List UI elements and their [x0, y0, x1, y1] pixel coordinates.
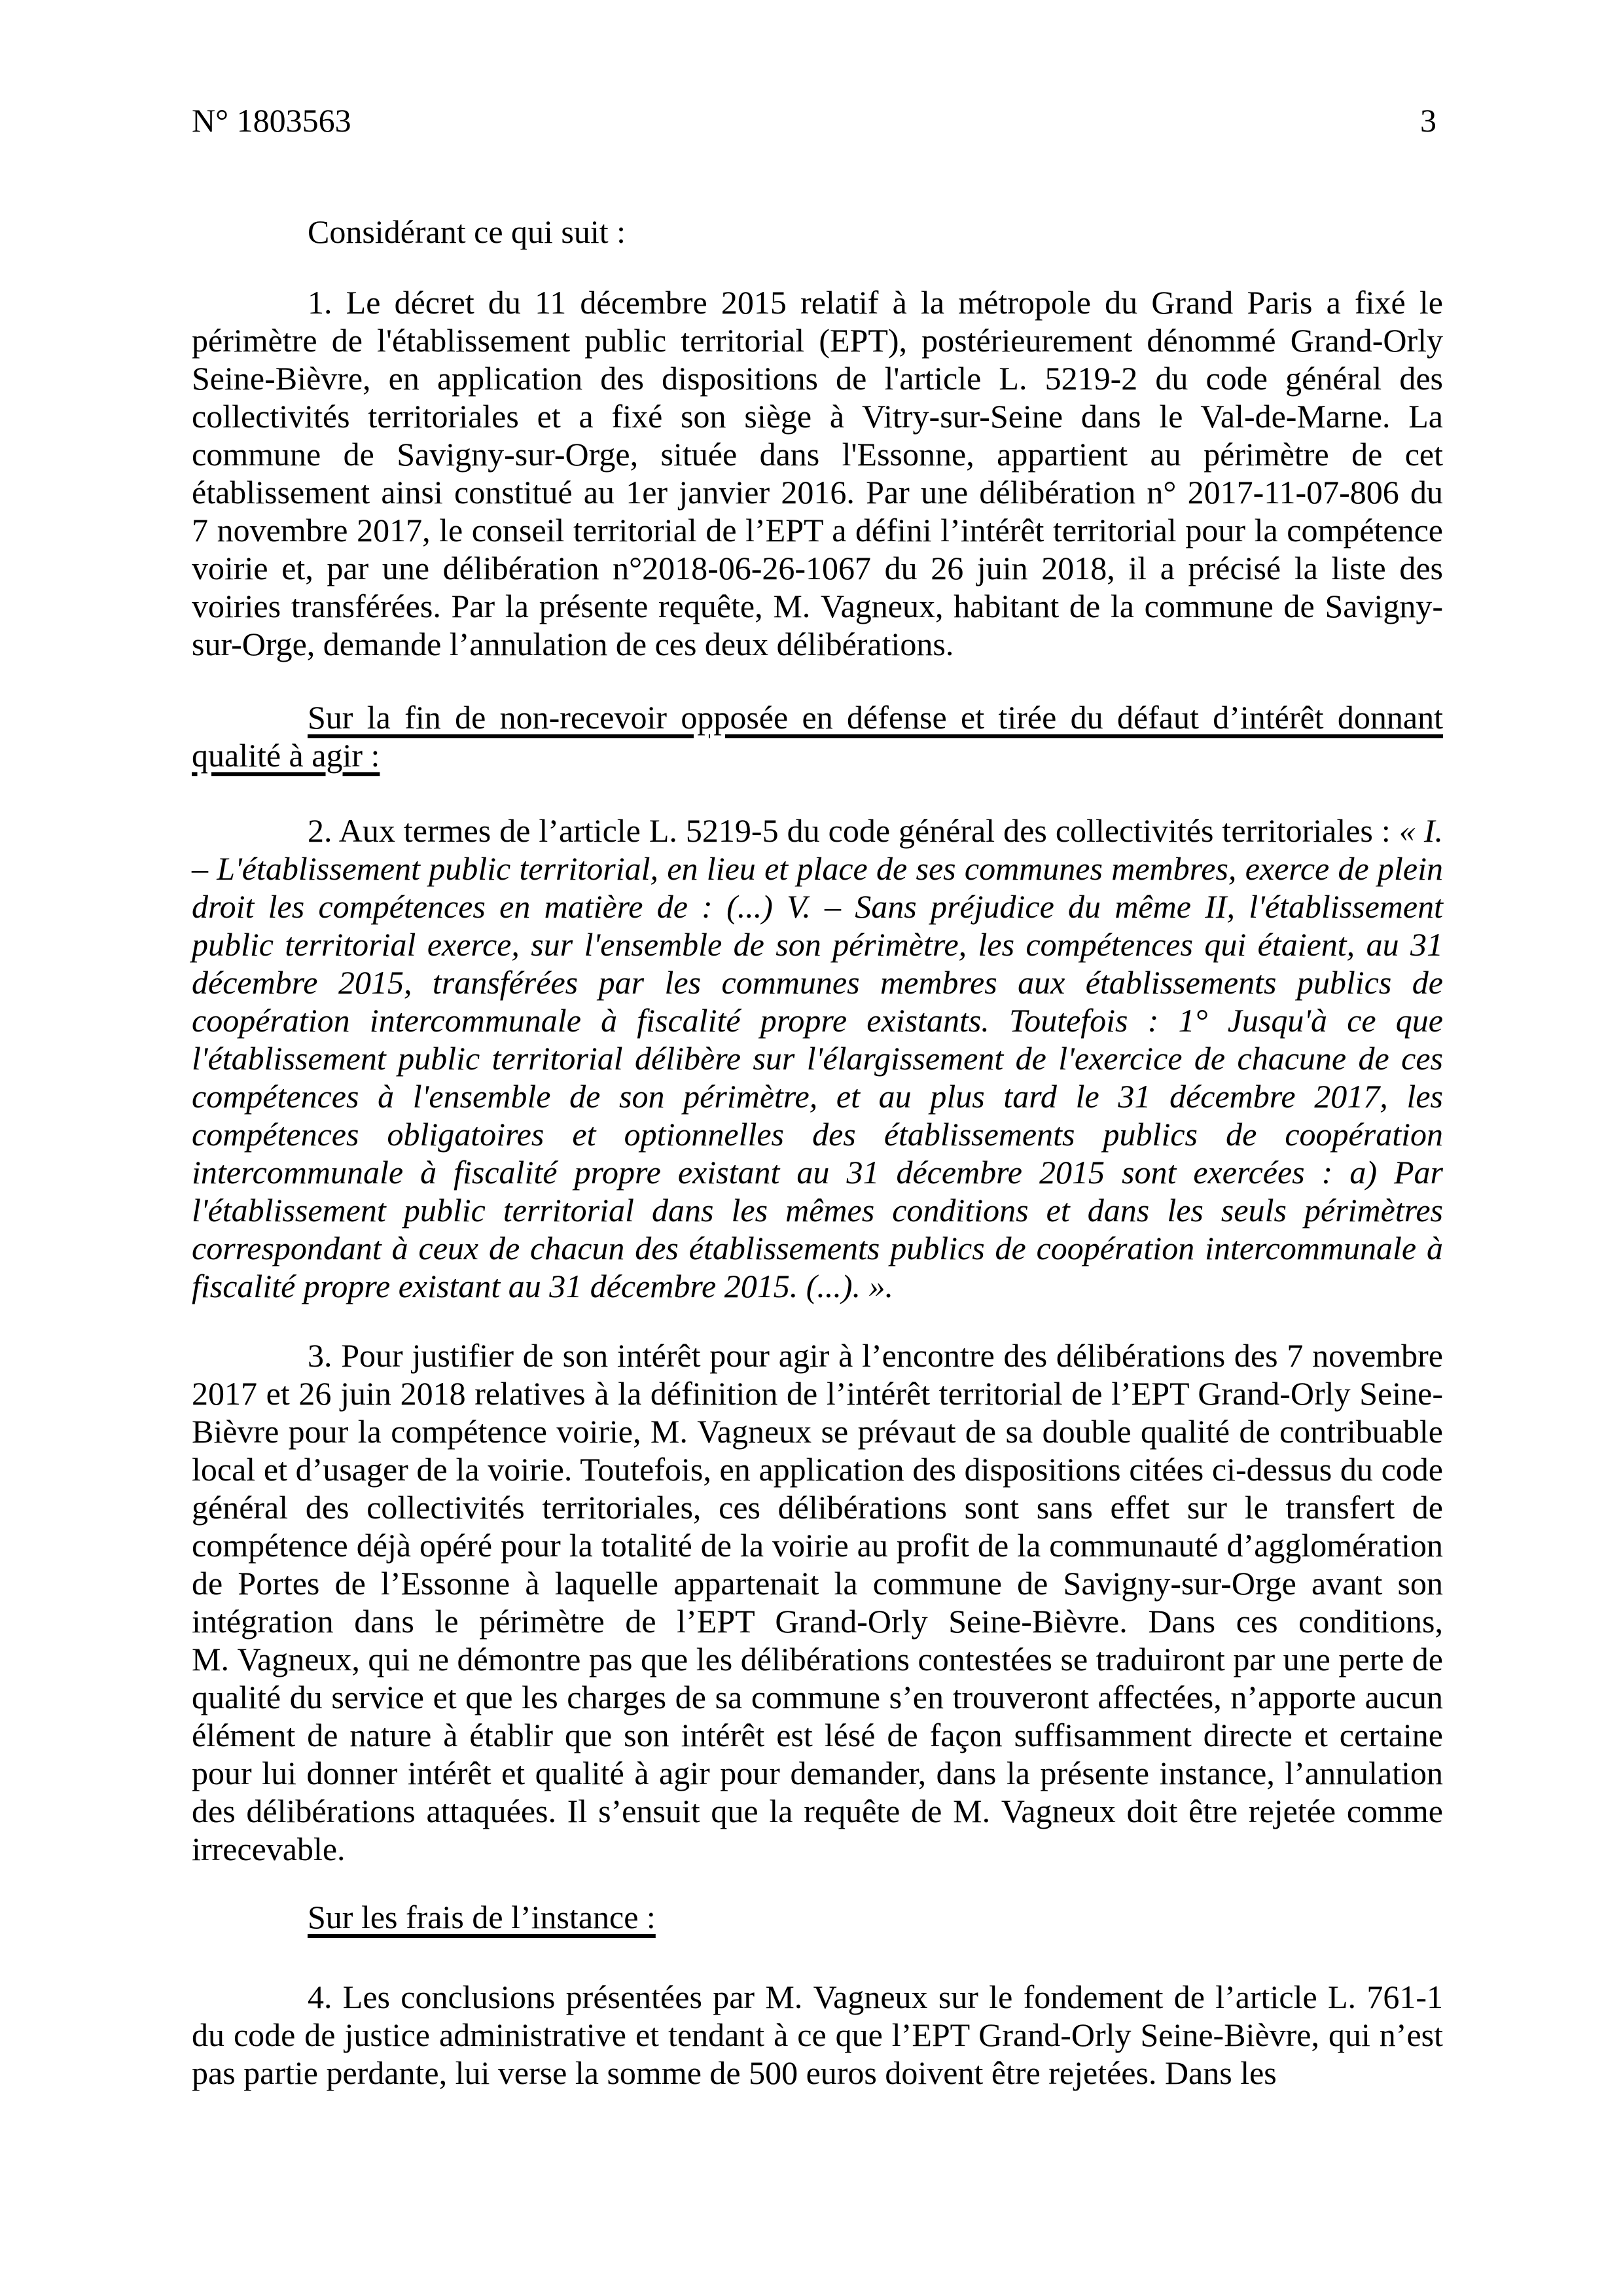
paragraph-4: 4. Les conclusions présentées par M. Vag…	[192, 1978, 1443, 2092]
section-heading-frais-text: Sur les frais de l’instance :	[308, 1899, 656, 1935]
paragraph-3: 3. Pour justifier de son intérêt pour ag…	[192, 1336, 1443, 1868]
page-number: 3	[1420, 101, 1443, 139]
page-header: N° 1803563 3	[192, 101, 1443, 139]
section-heading-non-recevoir-text: Sur la fin de non-recevoir opposée en dé…	[192, 699, 1443, 774]
paragraph-2-lead: 2. Aux termes de l’article L. 5219-5 du …	[308, 812, 1399, 849]
section-heading-frais: Sur les frais de l’instance :	[192, 1898, 1443, 1936]
considering-intro: Considérant ce qui suit :	[192, 213, 1443, 251]
case-number: N° 1803563	[192, 101, 351, 139]
paragraph-1: 1. Le décret du 11 décembre 2015 relatif…	[192, 283, 1443, 663]
document-page: N° 1803563 3 Considérant ce qui suit : 1…	[0, 0, 1623, 2296]
paragraph-2: 2. Aux termes de l’article L. 5219-5 du …	[192, 812, 1443, 1305]
paragraph-2-quote: « I. – L'établissement public territoria…	[192, 812, 1443, 1304]
section-heading-non-recevoir: Sur la fin de non-recevoir opposée en dé…	[192, 698, 1443, 774]
